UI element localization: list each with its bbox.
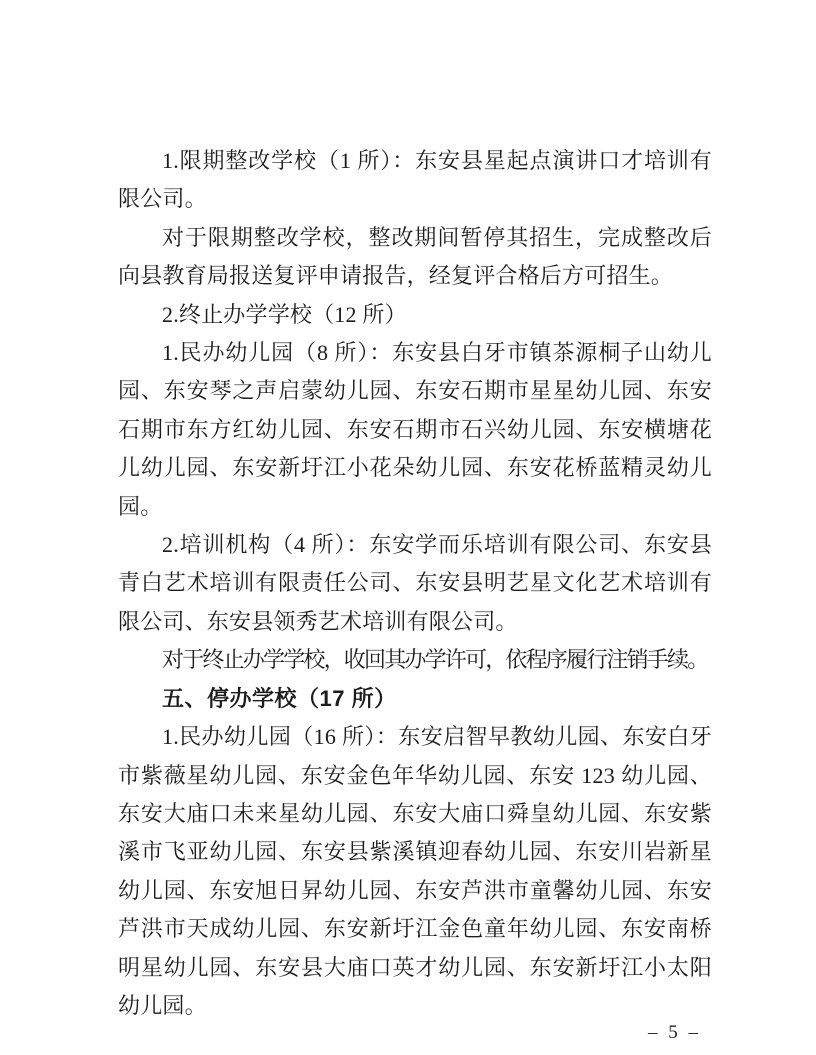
paragraph-suspend-kindergartens-list: 1.民办幼儿园（16 所）：东安启智早教幼儿园、东安白牙市紫薇星幼儿园、东安金色…	[118, 718, 712, 1025]
heading-suspend-schools: 五、停办学校（17 所）	[118, 680, 712, 718]
document-body: 1.限期整改学校（1 所）：东安县星起点演讲口才培训有限公司。 对于限期整改学校…	[118, 142, 712, 1025]
subheading-terminate-schools: 2.终止办学学校（12 所）	[118, 296, 712, 334]
paragraph-terminate-kindergartens-list: 1.民办幼儿园（8 所）：东安县白牙市镇茶源桐子山幼儿园、东安琴之声启蒙幼儿园、…	[118, 334, 712, 526]
document-page: 1.限期整改学校（1 所）：东安县星起点演讲口才培训有限公司。 对于限期整改学校…	[0, 0, 816, 1055]
paragraph-terminate-policy: 对于终止办学学校，收回其办学许可，依程序履行注销手续。	[118, 641, 712, 679]
paragraph-terminate-training-orgs-list: 2.培训机构（4 所）：东安学而乐培训有限公司、东安县青白艺术培训有限责任公司、…	[118, 526, 712, 641]
page-number: – 5 –	[648, 1022, 701, 1044]
paragraph-rectify-schools-list: 1.限期整改学校（1 所）：东安县星起点演讲口才培训有限公司。	[118, 142, 712, 219]
paragraph-rectify-policy: 对于限期整改学校，整改期间暂停其招生，完成整改后向县教育局报送复评申请报告，经复…	[118, 219, 712, 296]
